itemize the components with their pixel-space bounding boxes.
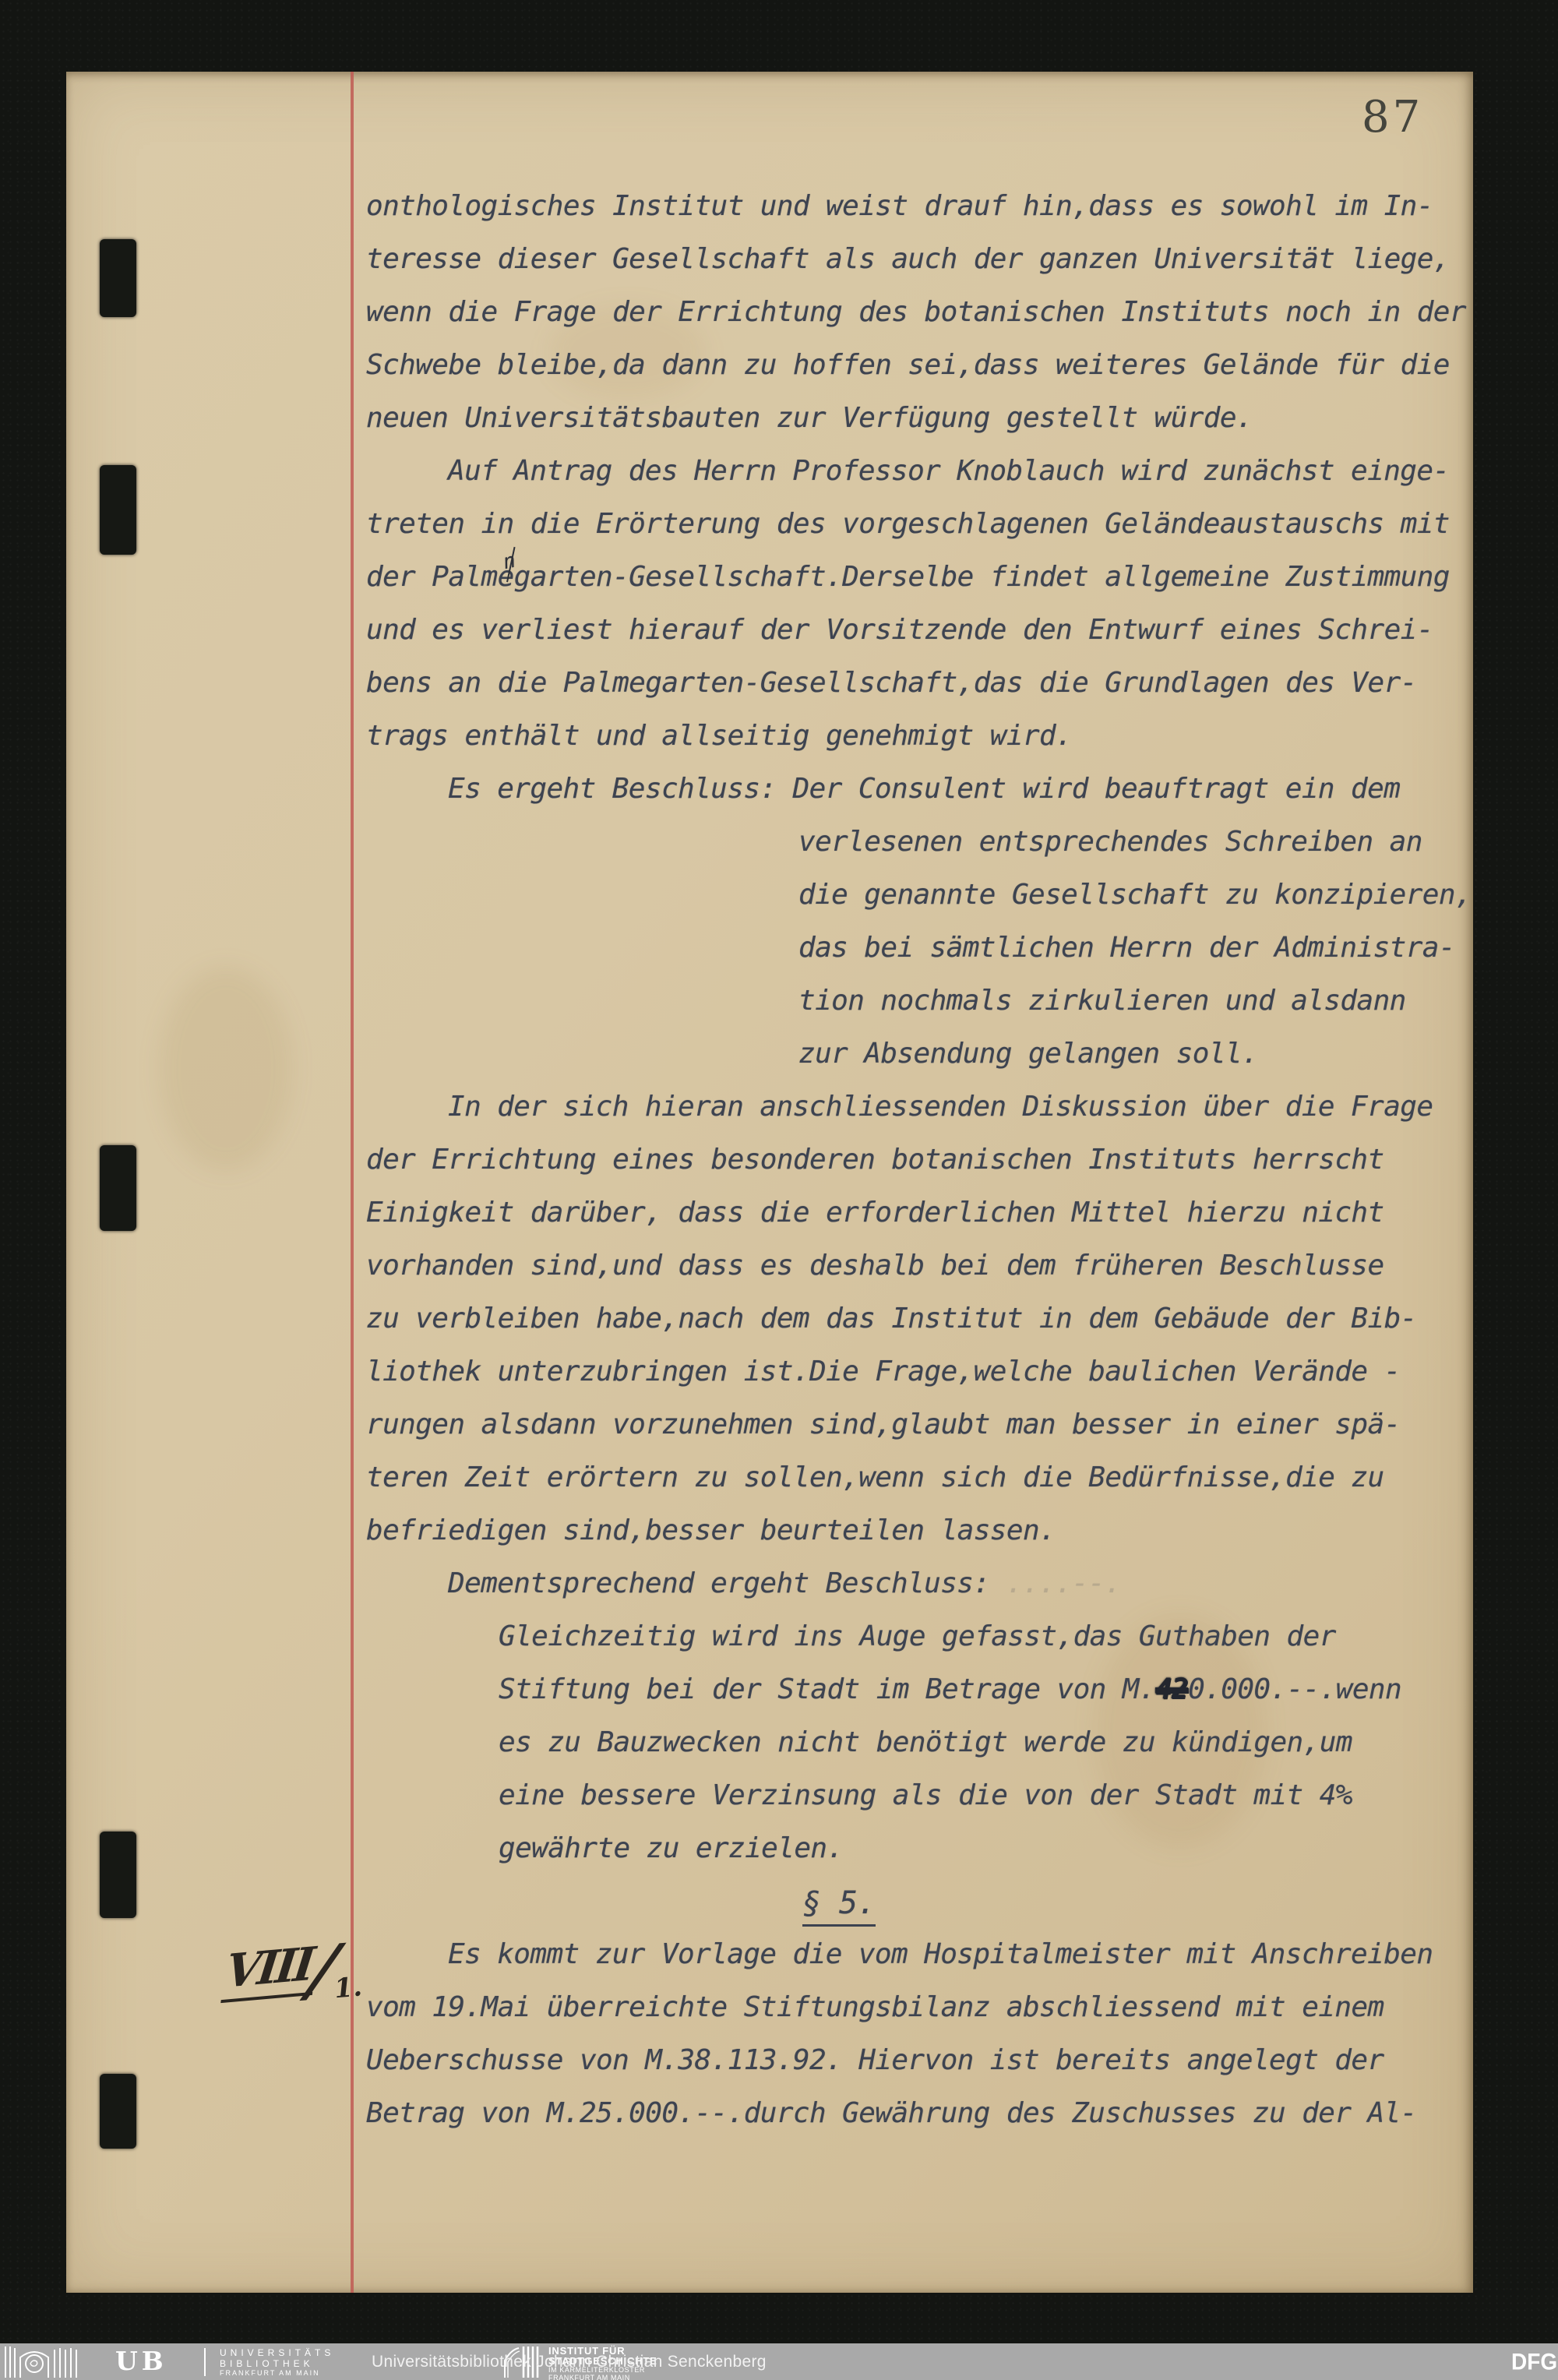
typewritten-line: onthologisches Institut und weist drauf … xyxy=(366,192,1433,220)
typewritten-line: Es kommt zur Vorlage die vom Hospitalmei… xyxy=(448,1941,1433,1969)
ub-logo-text: UNIVERSITÄTS BIBLIOTHEK FRANKFURT AM MAI… xyxy=(220,2347,334,2378)
typewritten-line: das bei sämtlichen Herrn der Administra- xyxy=(798,934,1455,962)
section-heading: § 5. xyxy=(802,1888,876,1927)
overstruck-amount: 42 xyxy=(1155,1673,1188,1705)
typewritten-line: verlesenen entsprechendes Schreiben an xyxy=(798,828,1422,856)
typewritten-line: tion nochmals zirkulieren und alsdann xyxy=(798,987,1406,1015)
typewritten-line: der Errichtung eines besonderen botanisc… xyxy=(366,1146,1384,1174)
line-fragment: Dementsprechend ergeht Beschluss: xyxy=(448,1567,989,1599)
typewritten-line: Betrag von M.25.000.--.durch Gewährung d… xyxy=(366,2100,1417,2128)
typewritten-line: gewährte zu erzielen. xyxy=(499,1835,844,1863)
typewritten-line: befriedigen sind,besser beurteilen lasse… xyxy=(366,1517,1056,1545)
typewritten-line: teresse dieser Gesellschaft als auch der… xyxy=(366,245,1450,273)
punch-hole xyxy=(100,465,136,555)
punch-hole xyxy=(100,2074,136,2149)
typewritten-line: vom 19.Mai überreichte Stiftungsbilanz a… xyxy=(366,1994,1384,2022)
ub-logo-icon xyxy=(3,2347,112,2378)
typewritten-line: In der sich hieran anschliessenden Disku… xyxy=(448,1093,1433,1121)
ub-logo-line: UNIVERSITÄTS xyxy=(220,2347,334,2358)
margin-annotation-roman: VIII xyxy=(220,1937,319,2003)
typewritten-line: Stiftung bei der Stadt im Betrage von M.… xyxy=(499,1676,1401,1704)
typewritten-line: Einigkeit darüber, dass die erforderlich… xyxy=(366,1199,1384,1227)
line-fragment: garten-Gesellschaft.Derselbe findet allg… xyxy=(514,561,1450,593)
typewritten-line: Ueberschusse von M.38.113.92. Hiervon is… xyxy=(366,2047,1384,2075)
typewritten-line: und es verliest hierauf der Vorsitzende … xyxy=(366,616,1433,644)
margin-annotation-number: 1. xyxy=(333,1971,363,2004)
institute-logo-line: FRANKFURT AM MAIN xyxy=(548,2374,657,2380)
typewritten-line: teren Zeit erörtern zu sollen,wenn sich … xyxy=(366,1464,1384,1492)
ub-logo-line: FRANKFURT AM MAIN xyxy=(220,2369,334,2378)
page-number: 87 xyxy=(1362,92,1423,143)
typewritten-line: Gleichzeitig wird ins Auge gefasst,das G… xyxy=(499,1623,1336,1651)
line-fragment: Stiftung bei der Stadt im Betrage von M. xyxy=(499,1673,1155,1705)
punch-hole xyxy=(100,239,136,317)
dfg-logo: DFG xyxy=(1511,2349,1557,2375)
library-credit: Universitätsbibliothek Johann Christian … xyxy=(372,2353,767,2371)
ub-logo-line: BIBLIOTHEK xyxy=(220,2358,334,2369)
typewritten-line: zu verbleiben habe,nach dem das Institut… xyxy=(366,1305,1417,1333)
punch-hole xyxy=(100,1832,136,1918)
line-fragment: der Palme xyxy=(366,561,514,593)
margin-annotation-viii-1: VIII/1. xyxy=(221,1928,364,2017)
typewritten-line: rungen alsdann vorzunehmen sind,glaubt m… xyxy=(366,1411,1401,1439)
typewritten-line: liothek unterzubringen ist.Die Frage,wel… xyxy=(366,1358,1401,1386)
typewritten-line: Auf Antrag des Herrn Professor Knoblauch… xyxy=(448,457,1450,485)
typewritten-line: vorhanden sind,und dass es deshalb bei d… xyxy=(366,1252,1384,1280)
typewritten-line: der Palmengarten-Gesellschaft.Derselbe f… xyxy=(366,563,1450,591)
ub-logo-abbrev: UB xyxy=(115,2346,167,2376)
typewritten-line: Dementsprechend ergeht Beschluss: ....--… xyxy=(448,1570,1121,1598)
line-fragment: ....--. xyxy=(989,1567,1121,1599)
punch-hole xyxy=(100,1145,136,1231)
typewritten-line: neuen Universitätsbauten zur Verfügung g… xyxy=(366,404,1253,432)
footer-bar: UB UNIVERSITÄTS BIBLIOTHEK FRANKFURT AM … xyxy=(0,2343,1558,2380)
line-fragment: 0.000.--.wenn xyxy=(1188,1673,1401,1705)
typewritten-line: wenn die Frage der Errichtung des botani… xyxy=(366,298,1466,326)
typewritten-line: bens an die Palmegarten-Gesellschaft,das… xyxy=(366,669,1417,697)
typewritten-line: die genannte Gesellschaft zu konzipieren… xyxy=(798,881,1472,909)
typewritten-line: eine bessere Verzinsung als die von der … xyxy=(499,1782,1352,1810)
typewritten-line: treten in die Erörterung des vorgeschlag… xyxy=(366,510,1450,538)
typewritten-line: Es ergeht Beschluss: Der Consulent wird … xyxy=(448,775,1400,803)
paper-stain xyxy=(160,968,292,1170)
scan-viewer-stage: 87 onthologisches Institut und weist dra… xyxy=(0,0,1558,2380)
typewritten-line: Schwebe bleibe,da dann zu hoffen sei,das… xyxy=(366,351,1450,379)
footer-logo-divider xyxy=(204,2348,206,2376)
typewritten-line: es zu Bauzwecken nicht benötigt werde zu… xyxy=(499,1729,1352,1757)
typewritten-line: trags enthält und allseitig genehmigt wi… xyxy=(366,722,1072,750)
typewritten-line: zur Absendung gelangen soll. xyxy=(798,1040,1258,1068)
